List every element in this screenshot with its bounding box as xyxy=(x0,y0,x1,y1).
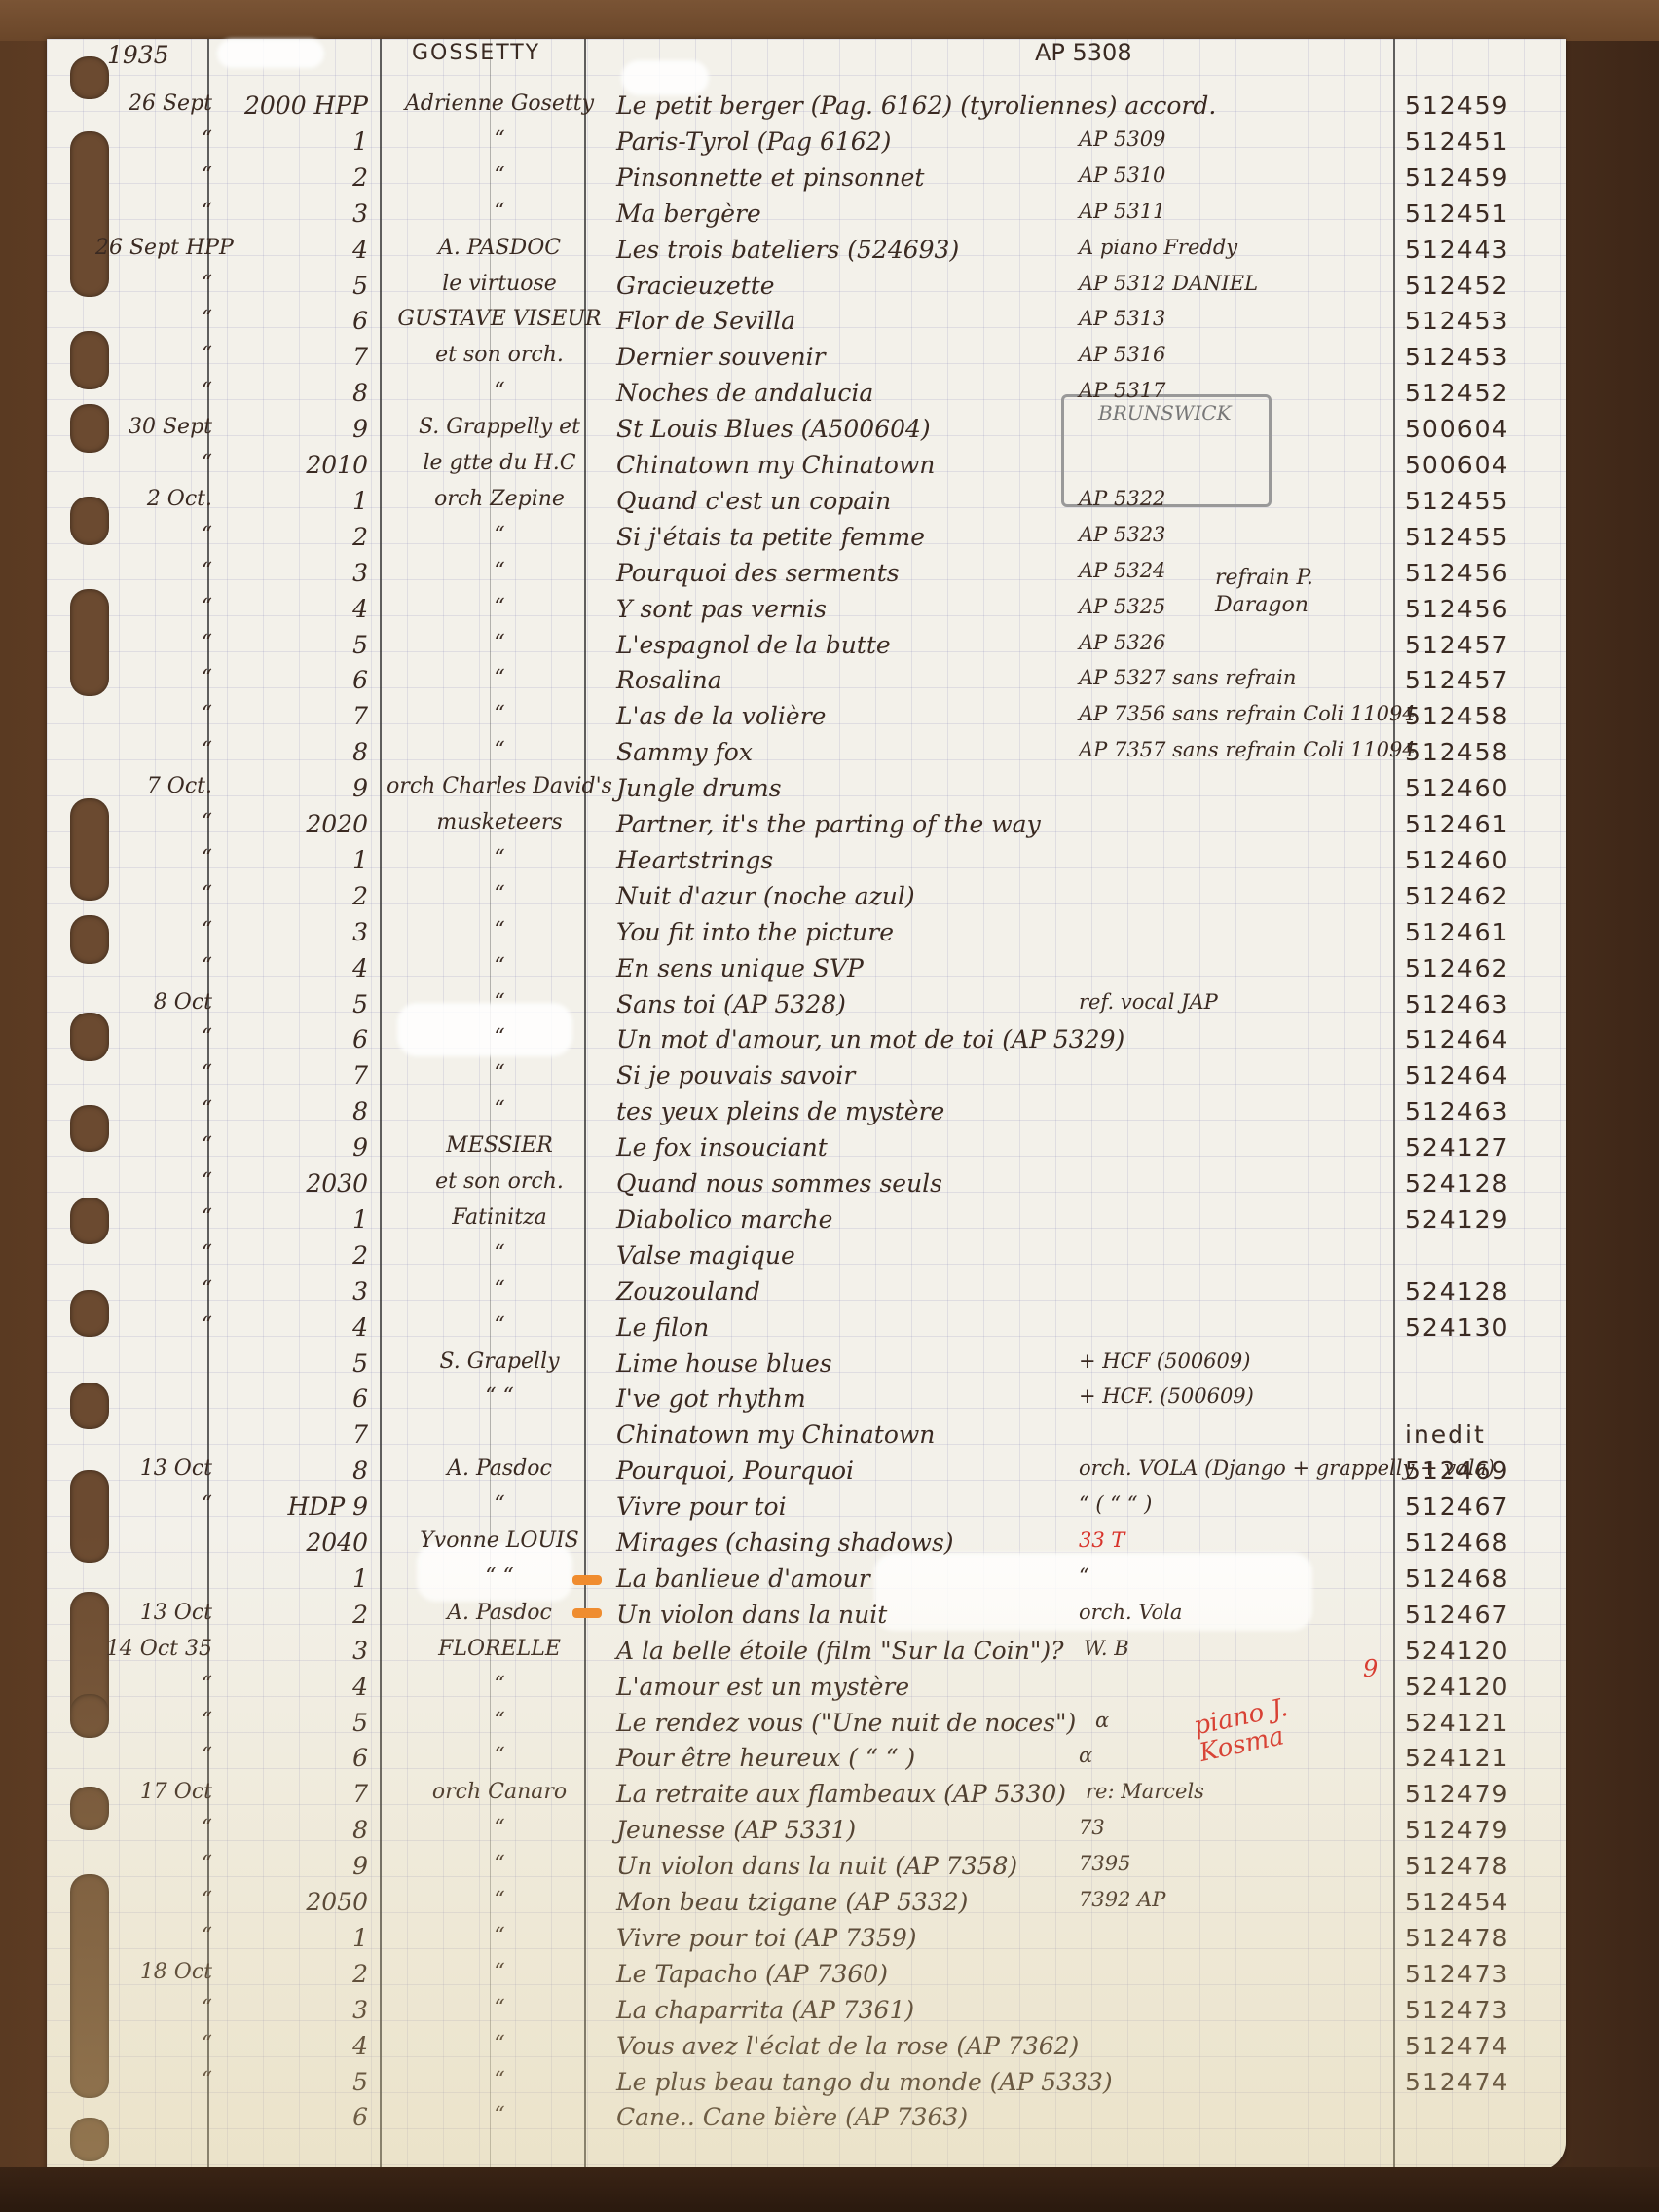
matrix-number: 6 xyxy=(217,1025,368,1053)
entry-date: 17 Oct xyxy=(95,1780,212,1804)
entry-note: “ xyxy=(1079,1565,1089,1588)
matrix-number: 6 xyxy=(217,666,368,694)
song-title: Vivre pour toi xyxy=(616,1493,787,1521)
ledger-row: “2050“Mon beau tzigane (AP 5332)51245473… xyxy=(47,1886,1566,1922)
artist-name: “ xyxy=(383,200,616,224)
song-title: Valse magique xyxy=(616,1241,795,1270)
ledger-row: 13 Oct8A. PasdocPourquoi, Pourquoi512469… xyxy=(47,1455,1566,1491)
ledger-row: “3“Pourquoi des serments512456AP 5324 xyxy=(47,557,1566,593)
ledger-row: “2“Valse magique xyxy=(47,1239,1566,1275)
song-title: Le Tapacho (AP 7360) xyxy=(616,1960,888,1988)
matrix-number: 3 xyxy=(217,1277,368,1306)
catalog-number: 512455 xyxy=(1405,523,1509,551)
entry-date: “ xyxy=(95,1673,212,1697)
ledger-row: “4“Y sont pas vernis512456AP 5325 xyxy=(47,593,1566,629)
song-title: Si je pouvais savoir xyxy=(616,1061,855,1089)
artist-name: le virtuose xyxy=(383,272,616,296)
artist-name: “ xyxy=(383,1313,616,1338)
matrix-number: 9 xyxy=(217,415,368,443)
song-title: Les trois bateliers (524693) xyxy=(616,236,959,264)
ledger-row: “6GUSTAVE VISEURFlor de Sevilla512453AP … xyxy=(47,305,1566,341)
catalog-number: 524120 xyxy=(1405,1637,1509,1665)
matrix-number: 7 xyxy=(217,343,368,371)
catalog-number: 512468 xyxy=(1405,1565,1509,1593)
entry-date: 2 Oct. xyxy=(95,487,212,511)
catalog-number: 512467 xyxy=(1405,1493,1509,1521)
entry-note: 73 xyxy=(1079,1816,1105,1839)
matrix-number: 7 xyxy=(217,1420,368,1449)
ledger-row: “HDP 9“Vivre pour toi512467“ ( “ “ ) xyxy=(47,1491,1566,1527)
entry-date: “ xyxy=(95,1852,212,1876)
ledger-row: “1“Heartstrings512460 xyxy=(47,844,1566,880)
entry-date: 7 Oct. xyxy=(95,774,212,798)
catalog-number: 524129 xyxy=(1405,1205,1509,1234)
entry-note: AP 5309 xyxy=(1079,128,1165,151)
entry-date: 26 Sept xyxy=(95,92,212,116)
matrix-number: 2040 xyxy=(217,1529,368,1557)
song-title: Jeunesse (AP 5331) xyxy=(616,1816,856,1844)
song-title: La retraite aux flambeaux (AP 5330) xyxy=(616,1780,1066,1808)
song-title: Sammy fox xyxy=(616,738,753,766)
entry-date: 18 Oct xyxy=(95,1960,212,1984)
song-title: La chaparrita (AP 7361) xyxy=(616,1996,914,2024)
artist-name: “ xyxy=(383,631,616,655)
ledger-row: “8“Jeunesse (AP 5331)51247973 xyxy=(47,1814,1566,1850)
entry-date: “ xyxy=(95,882,212,906)
entry-date: “ xyxy=(95,272,212,296)
entry-date: 13 Oct xyxy=(95,1456,212,1481)
song-title: Heartstrings xyxy=(616,846,773,874)
catalog-number: 512460 xyxy=(1405,774,1509,802)
entry-date: “ xyxy=(95,1313,212,1338)
entry-date: “ xyxy=(95,379,212,403)
ledger-row: 17 Oct7orch CanaroLa retraite aux flambe… xyxy=(47,1778,1566,1814)
entry-date: “ xyxy=(95,666,212,690)
entry-date: “ xyxy=(95,200,212,224)
artist-name: “ xyxy=(383,2032,616,2056)
artist-name: et son orch. xyxy=(383,1169,616,1194)
artist-name: “ xyxy=(383,1241,616,1266)
artist-name: A. Pasdoc xyxy=(383,1601,616,1625)
artist-name: “ xyxy=(383,379,616,403)
entry-date: “ xyxy=(95,1277,212,1302)
artist-name: orch Charles David's xyxy=(383,774,616,798)
entry-note: AP 5310 xyxy=(1079,164,1165,187)
catalog-number: 512459 xyxy=(1405,92,1509,120)
song-title: Chinatown my Chinatown xyxy=(616,451,935,479)
matrix-number: 8 xyxy=(217,1097,368,1125)
ledger-row: “1“Vivre pour toi (AP 7359)512478 xyxy=(47,1922,1566,1958)
artist-name: “ xyxy=(383,738,616,762)
entry-date: “ xyxy=(95,954,212,978)
catalog-number: 512460 xyxy=(1405,846,1509,874)
matrix-number: 2 xyxy=(217,1601,368,1629)
song-title: Cane.. Cane bière (AP 7363) xyxy=(616,2103,968,2131)
song-title: Partner, it's the parting of the way xyxy=(616,810,1041,838)
catalog-number: 512468 xyxy=(1405,1529,1509,1557)
ledger-row: 1“ “La banlieue d'amour512468“ xyxy=(47,1563,1566,1599)
entry-note: AP 5322 xyxy=(1079,487,1165,510)
song-title: Pourquoi des serments xyxy=(616,559,900,587)
catalog-number: 524127 xyxy=(1405,1133,1509,1161)
ledger-year: 1935 xyxy=(107,41,169,69)
artist-name: “ xyxy=(383,846,616,870)
artist-name: “ xyxy=(383,2068,616,2092)
entry-date: “ xyxy=(95,164,212,188)
catalog-number: 512464 xyxy=(1405,1025,1509,1053)
ledger-row: “7“Si je pouvais savoir512464 xyxy=(47,1059,1566,1095)
artist-name: FLORELLE xyxy=(383,1637,616,1661)
entry-note: + HCF (500609) xyxy=(1079,1349,1250,1373)
catalog-number: 512467 xyxy=(1405,1601,1509,1629)
song-title: Mon beau tzigane (AP 5332) xyxy=(616,1888,968,1916)
artist-name: A. Pasdoc xyxy=(383,1456,616,1481)
matrix-number: 9 xyxy=(217,1852,368,1880)
artist-name: musketeers xyxy=(383,810,616,834)
entry-note: “ ( “ “ ) xyxy=(1079,1493,1152,1516)
ledger-row: “3“La chaparrita (AP 7361)512473 xyxy=(47,1994,1566,2030)
entry-note: AP 5317 xyxy=(1079,379,1165,402)
entry-date: “ xyxy=(95,1924,212,1948)
song-title: Un mot d'amour, un mot de toi (AP 5329) xyxy=(616,1025,1124,1053)
catalog-number: 524128 xyxy=(1405,1277,1509,1306)
ledger-row: 26 Sept HPP4A. PASDOCLes trois bateliers… xyxy=(47,234,1566,270)
matrix-number: 1 xyxy=(217,1924,368,1952)
entry-date: “ xyxy=(95,1888,212,1912)
ledger-row: 18 Oct2“Le Tapacho (AP 7360)512473 xyxy=(47,1958,1566,1994)
artist-name: Adrienne Gosetty xyxy=(383,92,616,116)
song-title: Un violon dans la nuit (AP 7358) xyxy=(616,1852,1017,1880)
catalog-number: 512473 xyxy=(1405,1996,1509,2024)
entry-date: 8 Oct xyxy=(95,990,212,1014)
artist-name: “ xyxy=(383,1277,616,1302)
entry-note: α xyxy=(1095,1709,1109,1732)
catalog-number: 512452 xyxy=(1405,272,1509,300)
matrix-number: HDP 9 xyxy=(217,1493,368,1521)
song-title: Jungle drums xyxy=(616,774,782,802)
artist-name: “ xyxy=(383,559,616,583)
entry-date: “ xyxy=(95,631,212,655)
entry-note: AP 5312 DANIEL xyxy=(1079,272,1258,295)
entry-note: W. B xyxy=(1084,1637,1129,1660)
catalog-number: 512464 xyxy=(1405,1061,1509,1089)
matrix-number: 2000 HPP xyxy=(217,92,368,120)
ledger-row: “6“Pour être heureux ( “ “ )524121α xyxy=(47,1742,1566,1778)
entry-date: “ xyxy=(95,702,212,726)
catalog-number: 500604 xyxy=(1405,415,1509,443)
artist-name: “ “ xyxy=(383,1565,616,1589)
entry-date: “ xyxy=(95,343,212,367)
catalog-number: 512463 xyxy=(1405,1097,1509,1125)
song-title: Paris-Tyrol (Pag 6162) xyxy=(616,128,891,156)
artist-name: “ xyxy=(383,1744,616,1768)
catalog-number: 512453 xyxy=(1405,307,1509,335)
matrix-number: 2 xyxy=(217,164,368,192)
ledger-row: “9MESSIERLe fox insouciant524127 xyxy=(47,1131,1566,1167)
artist-name: “ xyxy=(383,1924,616,1948)
entry-date: “ xyxy=(95,810,212,834)
matrix-number: 5 xyxy=(217,631,368,659)
ledger-row: 7 Oct.9orch Charles David'sJungle drums5… xyxy=(47,772,1566,808)
ledger-row: “2“Nuit d'azur (noche azul)512462 xyxy=(47,880,1566,916)
matrix-number: 7 xyxy=(217,1061,368,1089)
song-title: Flor de Sevilla xyxy=(616,307,795,335)
catalog-number: inedit xyxy=(1405,1420,1486,1449)
entry-date: “ xyxy=(95,918,212,942)
artist-name: “ xyxy=(383,1025,616,1050)
entry-date: 30 Sept xyxy=(95,415,212,439)
catalog-number: 512451 xyxy=(1405,200,1509,228)
song-title: Pinsonnette et pinsonnet xyxy=(616,164,924,192)
catalog-number: 500604 xyxy=(1405,451,1509,479)
catalog-number: 512456 xyxy=(1405,595,1509,623)
matrix-number: 9 xyxy=(217,774,368,802)
ledger-row: “6“Un mot d'amour, un mot de toi (AP 532… xyxy=(47,1023,1566,1059)
ledger-row: “4“Vous avez l'éclat de la rose (AP 7362… xyxy=(47,2030,1566,2066)
ledger-row: 2040Yvonne LOUISMirages (chasing shadows… xyxy=(47,1527,1566,1563)
ledger-page: 1935 GOSSETTY AP 5308 BRUNSWICK refrain … xyxy=(47,39,1566,2171)
song-title: En sens unique SVP xyxy=(616,954,864,982)
entry-note: AP 7357 sans refrain Coli 11094 xyxy=(1079,738,1416,761)
catalog-number: 512473 xyxy=(1405,1960,1509,1988)
catalog-number: 512461 xyxy=(1405,918,1509,946)
artist-name: le gtte du H.C xyxy=(383,451,616,475)
matrix-number: 3 xyxy=(217,918,368,946)
ledger-row: “3“Zouzouland524128 xyxy=(47,1275,1566,1311)
song-title: Chinatown my Chinatown xyxy=(616,1420,935,1449)
entry-date: “ xyxy=(95,2032,212,2056)
header-artist: GOSSETTY xyxy=(412,41,540,65)
ledger-row: “5le virtuoseGracieuzette512452AP 5312 D… xyxy=(47,270,1566,306)
ledger-row: “4“Le filon524130 xyxy=(47,1311,1566,1347)
catalog-number: 512474 xyxy=(1405,2032,1509,2060)
matrix-number: 3 xyxy=(217,1996,368,2024)
entry-date: “ xyxy=(95,1996,212,2020)
entry-note: 7395 xyxy=(1079,1852,1130,1875)
matrix-number: 4 xyxy=(217,954,368,982)
artist-name: “ xyxy=(383,990,616,1014)
ledger-row: 8 Oct5“Sans toi (AP 5328)512463ref. voca… xyxy=(47,988,1566,1024)
artist-name: “ xyxy=(383,702,616,726)
song-title: I've got rhythm xyxy=(616,1384,806,1413)
ledger-row: “2“Si j'étais ta petite femme512455AP 53… xyxy=(47,521,1566,557)
ledger-row: “8“tes yeux pleins de mystère512463 xyxy=(47,1095,1566,1131)
catalog-number: 512443 xyxy=(1405,236,1509,264)
matrix-number: 2030 xyxy=(217,1169,368,1198)
catalog-number: 512457 xyxy=(1405,666,1509,694)
entry-date: “ xyxy=(95,307,212,331)
song-title: L'amour est un mystère xyxy=(616,1673,909,1701)
matrix-number: 8 xyxy=(217,379,368,407)
artist-name: “ xyxy=(383,523,616,547)
artist-name: Yvonne LOUIS xyxy=(383,1529,616,1553)
catalog-number: 512451 xyxy=(1405,128,1509,156)
matrix-number: 1 xyxy=(217,846,368,874)
catalog-number: 512458 xyxy=(1405,702,1509,730)
matrix-number: 4 xyxy=(217,1313,368,1342)
entry-note: AP 5324 xyxy=(1079,559,1165,582)
entry-date: “ xyxy=(95,559,212,583)
artist-name: A. PASDOC xyxy=(383,236,616,260)
entry-note: AP 5313 xyxy=(1079,307,1165,330)
song-title: Vivre pour toi (AP 7359) xyxy=(616,1924,916,1952)
artist-name: “ xyxy=(383,1061,616,1086)
ledger-row: “1FatinitzaDiabolico marche524129 xyxy=(47,1203,1566,1239)
entry-date: “ xyxy=(95,846,212,870)
entry-note: + HCF. (500609) xyxy=(1079,1384,1254,1408)
matrix-number: 9 xyxy=(217,1133,368,1161)
artist-name: “ xyxy=(383,1097,616,1122)
ledger-row: “7et son orch.Dernier souvenir512453AP 5… xyxy=(47,341,1566,377)
matrix-number: 2 xyxy=(217,1241,368,1270)
entry-date: “ xyxy=(95,1061,212,1086)
catalog-number: 512463 xyxy=(1405,990,1509,1018)
artist-name: “ xyxy=(383,1816,616,1840)
entry-date: “ xyxy=(95,738,212,762)
catalog-number: 512453 xyxy=(1405,343,1509,371)
entry-note: α xyxy=(1079,1744,1092,1767)
catalog-number: 524128 xyxy=(1405,1169,1509,1198)
ledger-row: “3“You fit into the picture512461 xyxy=(47,916,1566,952)
entry-note: re: Marcels xyxy=(1086,1780,1204,1803)
artist-name: orch Canaro xyxy=(383,1780,616,1804)
catalog-number: 512452 xyxy=(1405,379,1509,407)
matrix-number: 1 xyxy=(217,487,368,515)
song-title: Le petit berger (Pag. 6162) (tyroliennes… xyxy=(616,92,1216,120)
entry-note: AP 5327 sans refrain xyxy=(1079,666,1296,689)
matrix-number: 3 xyxy=(217,559,368,587)
artist-name: “ xyxy=(383,2103,616,2127)
song-title: Diabolico marche xyxy=(616,1205,832,1234)
artist-name: “ xyxy=(383,882,616,906)
song-title: Vous avez l'éclat de la rose (AP 7362) xyxy=(616,2032,1079,2060)
entry-date: 13 Oct xyxy=(95,1601,212,1625)
matrix-number: 3 xyxy=(217,200,368,228)
song-title: Zouzouland xyxy=(616,1277,760,1306)
artist-name: “ xyxy=(383,1996,616,2020)
ledger-row: 14 Oct 353FLORELLEA la belle étoile (fil… xyxy=(47,1635,1566,1671)
matrix-number: 4 xyxy=(217,1673,368,1701)
matrix-number: 5 xyxy=(217,1709,368,1737)
matrix-number: 1 xyxy=(217,128,368,156)
ledger-row: 7Chinatown my Chinatowninedit xyxy=(47,1419,1566,1455)
song-title: Le filon xyxy=(616,1313,709,1342)
song-title: Quand c'est un copain xyxy=(616,487,891,515)
matrix-number: 7 xyxy=(217,1780,368,1808)
catalog-number: 524121 xyxy=(1405,1744,1509,1772)
catalog-number: 512479 xyxy=(1405,1780,1509,1808)
catalog-number: 512454 xyxy=(1405,1888,1509,1916)
matrix-number: 1 xyxy=(217,1205,368,1234)
song-title: Un violon dans la nuit xyxy=(616,1601,887,1629)
ledger-row: 6“ “I've got rhythm+ HCF. (500609) xyxy=(47,1382,1566,1419)
entry-note: AP 5316 xyxy=(1079,343,1165,366)
catalog-number: 512461 xyxy=(1405,810,1509,838)
catalog-number: 512458 xyxy=(1405,738,1509,766)
catalog-number: 512474 xyxy=(1405,2068,1509,2096)
artist-name: “ xyxy=(383,1852,616,1876)
matrix-number: 6 xyxy=(217,1384,368,1413)
entry-date: “ xyxy=(95,2068,212,2092)
matrix-number: 7 xyxy=(217,702,368,730)
catalog-number: 512478 xyxy=(1405,1852,1509,1880)
entry-note: AP 5325 xyxy=(1079,595,1165,618)
entry-date: “ xyxy=(95,1709,212,1733)
song-title: Noches de andalucia xyxy=(616,379,873,407)
correction-fluid xyxy=(217,39,324,68)
ledger-row: “1“Paris-Tyrol (Pag 6162)512451AP 5309 xyxy=(47,126,1566,162)
ledger-row: “9“Un violon dans la nuit (AP 7358)51247… xyxy=(47,1850,1566,1886)
song-title: Mirages (chasing shadows) xyxy=(616,1529,954,1557)
header-catalog-ref: AP 5308 xyxy=(1035,39,1132,66)
matrix-number: 8 xyxy=(217,1456,368,1485)
entry-date: “ xyxy=(95,1097,212,1122)
song-title: St Louis Blues (A500604) xyxy=(616,415,931,443)
matrix-number: 5 xyxy=(217,1349,368,1378)
artist-name: “ xyxy=(383,1709,616,1733)
entry-note: ref. vocal JAP xyxy=(1079,990,1218,1014)
ledger-row: “6“Rosalina512457AP 5327 sans refrain xyxy=(47,664,1566,700)
entry-date: 14 Oct 35 xyxy=(95,1637,212,1661)
entry-note: AP 5323 xyxy=(1079,523,1165,546)
artist-name: S. Grapelly xyxy=(383,1349,616,1374)
matrix-number: 6 xyxy=(217,1744,368,1772)
entry-note: 33 T xyxy=(1079,1529,1124,1552)
song-title: Pourquoi, Pourquoi xyxy=(616,1456,854,1485)
song-title: Quand nous sommes seuls xyxy=(616,1169,942,1198)
entry-note: 7392 AP xyxy=(1079,1888,1165,1911)
ledger-row: “5“Le rendez vous ("Une nuit de noces")5… xyxy=(47,1707,1566,1743)
artist-name: “ xyxy=(383,1673,616,1697)
song-title: Rosalina xyxy=(616,666,722,694)
ledger-row: “4“En sens unique SVP512462 xyxy=(47,952,1566,988)
artist-name: “ xyxy=(383,1493,616,1517)
artist-name: GUSTAVE VISEUR xyxy=(383,307,616,331)
matrix-number: 2020 xyxy=(217,810,368,838)
catalog-number: 524121 xyxy=(1405,1709,1509,1737)
ledger-row: “2“Pinsonnette et pinsonnet512459AP 5310 xyxy=(47,162,1566,198)
ledger-row: 13 Oct2A. PasdocUn violon dans la nuit51… xyxy=(47,1599,1566,1635)
artist-name: “ xyxy=(383,918,616,942)
catalog-number: 512456 xyxy=(1405,559,1509,587)
ledger-row: “2010le gtte du H.CChinatown my Chinatow… xyxy=(47,449,1566,485)
matrix-number: 2 xyxy=(217,1960,368,1988)
song-title: Gracieuzette xyxy=(616,272,775,300)
ledger-row: “7“L'as de la volière512458AP 7356 sans … xyxy=(47,700,1566,736)
song-title: Y sont pas vernis xyxy=(616,595,827,623)
matrix-number: 6 xyxy=(217,307,368,335)
song-title: Pour être heureux ( “ “ ) xyxy=(616,1744,915,1772)
artist-name: “ “ xyxy=(383,1384,616,1409)
catalog-number: 524120 xyxy=(1405,1673,1509,1701)
song-title: La banlieue d'amour xyxy=(616,1565,870,1593)
catalog-number: 512457 xyxy=(1405,631,1509,659)
song-title: L'espagnol de la butte xyxy=(616,631,891,659)
matrix-number: 4 xyxy=(217,2032,368,2060)
catalog-number: 512479 xyxy=(1405,1816,1509,1844)
entry-date: “ xyxy=(95,1205,212,1230)
artist-name: “ xyxy=(383,666,616,690)
entry-date: “ xyxy=(95,451,212,475)
ledger-row: “3“Ma bergère512451AP 5311 xyxy=(47,198,1566,234)
matrix-number: 1 xyxy=(217,1565,368,1593)
entry-note: orch. Vola xyxy=(1079,1601,1182,1624)
matrix-number: 3 xyxy=(217,1637,368,1665)
entry-date: “ xyxy=(95,1241,212,1266)
entry-date: “ xyxy=(95,1169,212,1194)
song-title: A la belle étoile (film "Sur la Coin")? xyxy=(616,1637,1064,1665)
song-title: Nuit d'azur (noche azul) xyxy=(616,882,915,910)
